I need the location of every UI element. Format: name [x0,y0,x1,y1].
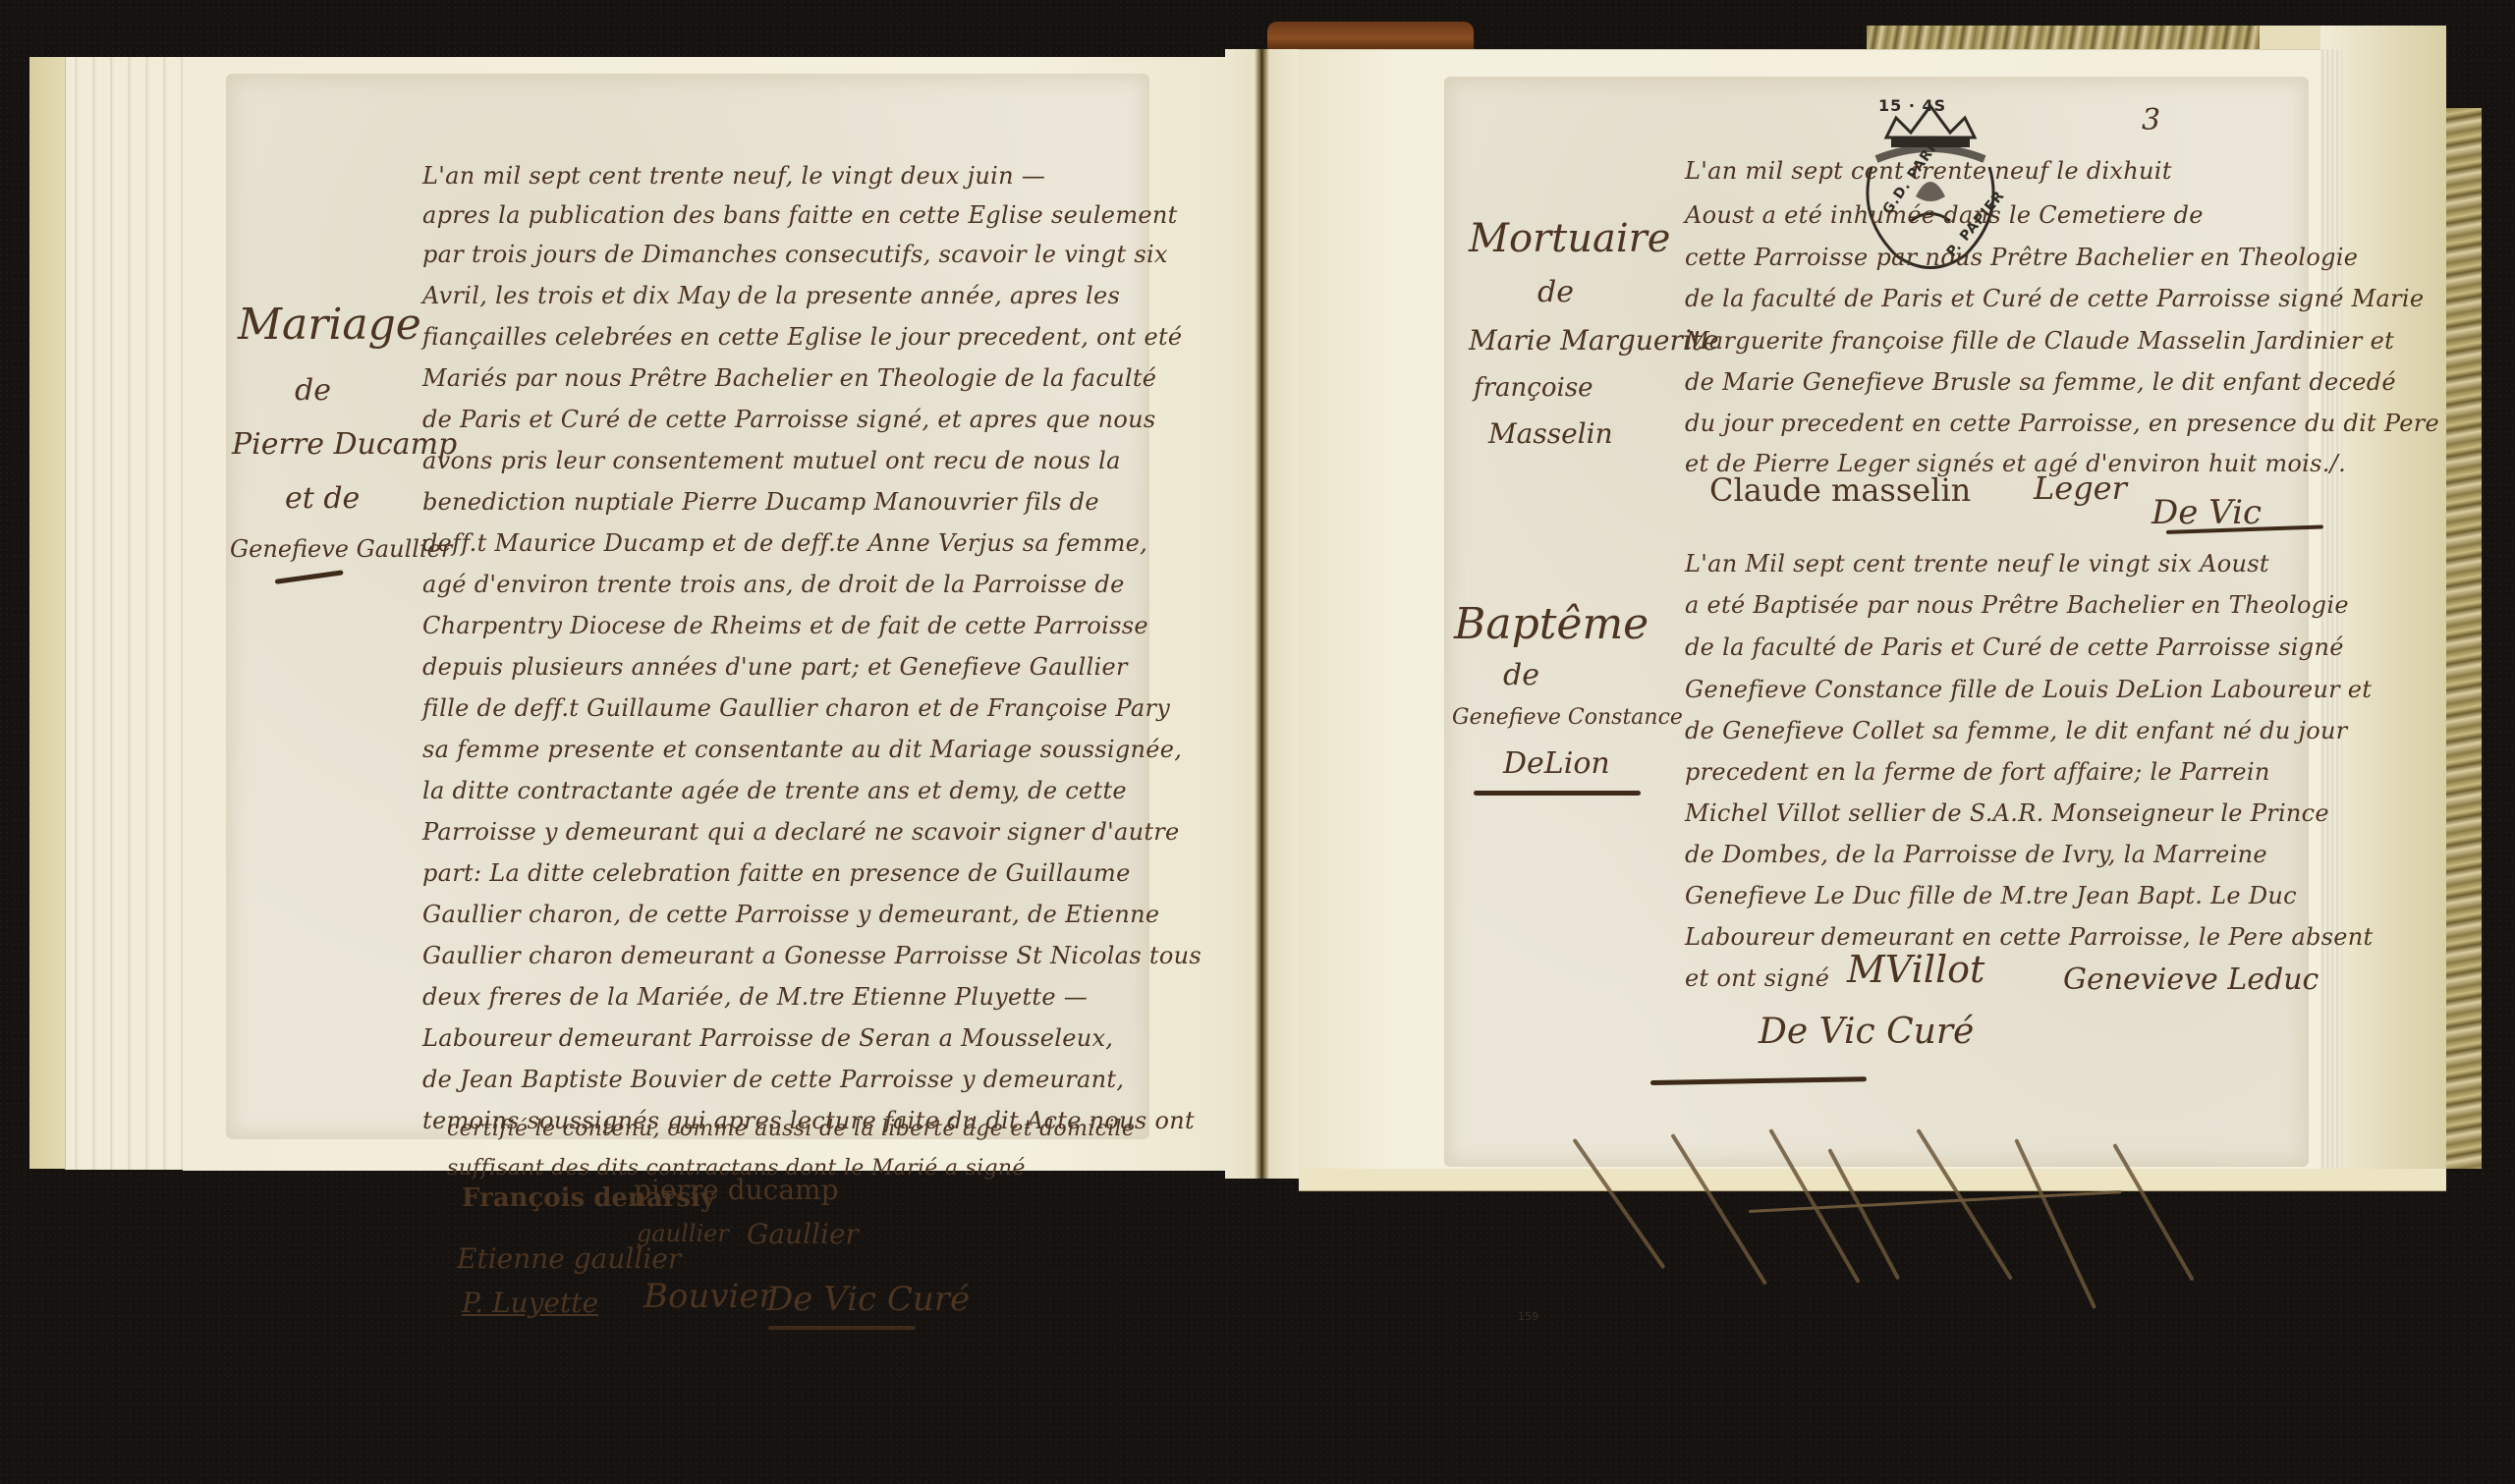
text-line: L'an Mil sept cent trente neuf le vingt … [1685,550,2269,577]
text-line: benediction nuptiale Pierre Ducamp Manou… [422,488,1099,516]
stamp-top-text: 15 · 4S [1878,96,1946,115]
folio-mark: 3 [2142,103,2160,137]
signature: Genevieve Leduc [2063,962,2319,997]
text-line: Mariés par nous Prêtre Bachelier en Theo… [422,364,1156,392]
marbled-endpaper-right [2446,108,2482,1169]
text-line: depuis plusieurs années d'une part; et G… [422,653,1128,681]
page-number: 159 [1518,1310,1538,1323]
margin-title: Baptême [1454,599,1649,649]
text-line: sa femme presente et consentante au dit … [422,736,1182,763]
manuscript-sheet-left: Mariage de Pierre Ducamp et de Genefieve… [226,74,1149,1139]
signature: Gaullier [747,1218,859,1250]
margin-flourish [1474,791,1641,796]
margin-line: Genefieve Constance [1452,705,1683,730]
signature: Claude masselin [1709,471,1971,509]
margin-title: Mortuaire [1469,216,1670,261]
text-line: de la faculté de Paris et Curé de cette … [1685,633,2344,661]
text-line: avons pris leur consentement mutuel ont … [422,447,1121,474]
signature-flourish [768,1326,916,1330]
text-line: L'an mil sept cent trente neuf, le vingt… [422,162,1045,190]
text-line: deux freres de la Mariée, de M.tre Etien… [422,983,1088,1011]
signature: De Vic Curé [766,1280,970,1319]
margin-line: de [1537,275,1574,309]
signature: MVillot [1847,948,1984,991]
text-line: Charpentry Diocese de Rheims et de fait … [422,612,1148,639]
margin-title: Mariage [238,300,421,350]
margin-line: Genefieve Gaullier [230,535,452,563]
text-line: Parroisse y demeurant qui a declaré ne s… [422,818,1180,846]
text-line: Michel Villot sellier de S.A.R. Monseign… [1685,799,2329,827]
text-line: Laboureur demeurant en cette Parroisse, … [1685,923,2373,951]
left-page-stack [65,57,184,1170]
text-line: Genefieve Constance fille de Louis DeLio… [1685,676,2372,703]
text-line: Aoust a eté inhumée dans le Cemetiere de [1685,201,2204,229]
text-line: de Marie Genefieve Brusle sa femme, le d… [1685,368,2396,396]
book-gutter [1225,49,1299,1179]
text-line: Gaullier charon, de cette Parroisse y de… [422,901,1159,928]
text-line: de la faculté de Paris et Curé de cette … [1685,285,2424,312]
spine-leather-headcap [1267,22,1474,49]
signature: Bouvier [643,1277,775,1316]
margin-line: DeLion [1503,746,1610,781]
text-line: cette Parroisse par nous Prêtre Bachelie… [1685,244,2358,271]
text-line: part: La ditte celebration faitte en pre… [422,859,1131,887]
text-line: de Genefieve Collet sa femme, le dit enf… [1685,717,2348,744]
margin-line: de [1503,658,1539,692]
text-line: fiançailles celebrées en cette Eglise le… [422,323,1182,351]
margin-flourish [275,570,344,584]
text-line: fille de deff.t Guillaume Gaullier charo… [422,694,1170,722]
signature: De Vic [2152,493,2262,532]
text-line: et ont signé [1685,964,1829,992]
text-line: Gaullier charon demeurant a Gonesse Parr… [422,942,1202,969]
right-cover-bottom-edge [1299,1169,2446,1191]
signature: De Vic Curé [1759,1012,1974,1052]
text-line: du jour precedent en cette Parroisse, en… [1685,410,2439,437]
text-line: L'an mil sept cent trente neuf le dixhui… [1685,157,2172,185]
text-line: Marguerite françoise fille de Claude Mas… [1685,327,2394,355]
text-line: de Dombes, de la Parroisse de Ivry, la M… [1685,841,2267,868]
margin-line: françoise [1474,373,1593,403]
text-line: certifié le contenu, comme aussi de la l… [447,1117,1135,1141]
margin-line: Marie Marguerite [1469,324,1719,357]
margin-line: de [295,373,331,408]
margin-line: et de [285,481,360,516]
signature: gaullier [637,1220,729,1247]
text-line: Genefieve Le Duc fille de M.tre Jean Bap… [1685,882,2297,909]
text-line: Laboureur demeurant Parroisse de Seran a… [422,1024,1113,1052]
text-line: agé d'environ trente trois ans, de droit… [422,571,1125,598]
marbled-endpaper-top [1867,26,2260,51]
text-line: Avril, les trois et dix May de la presen… [422,282,1120,309]
text-line: precedent en la ferme de fort affaire; l… [1685,758,2270,786]
text-line: de Jean Baptiste Bouvier de cette Parroi… [422,1066,1124,1093]
signature: Leger [2034,469,2127,507]
text-line: de Paris et Curé de cette Parroisse sign… [422,406,1156,433]
open-register-book: Mariage de Pierre Ducamp et de Genefieve… [0,0,2515,1484]
text-line: par trois jours de Dimanches consecutifs… [422,241,1168,268]
text-line: la ditte contractante agée de trente ans… [422,777,1127,804]
signature: pierre ducamp [634,1174,839,1206]
text-line: apres la publication des bans faitte en … [422,201,1178,229]
margin-line: Masselin [1488,417,1613,450]
text-line: deff.t Maurice Ducamp et de deff.te Anne… [422,529,1147,557]
signature: P. Luyette [462,1287,598,1319]
text-line: a eté Baptisée par nous Prêtre Bachelier… [1685,591,2349,619]
